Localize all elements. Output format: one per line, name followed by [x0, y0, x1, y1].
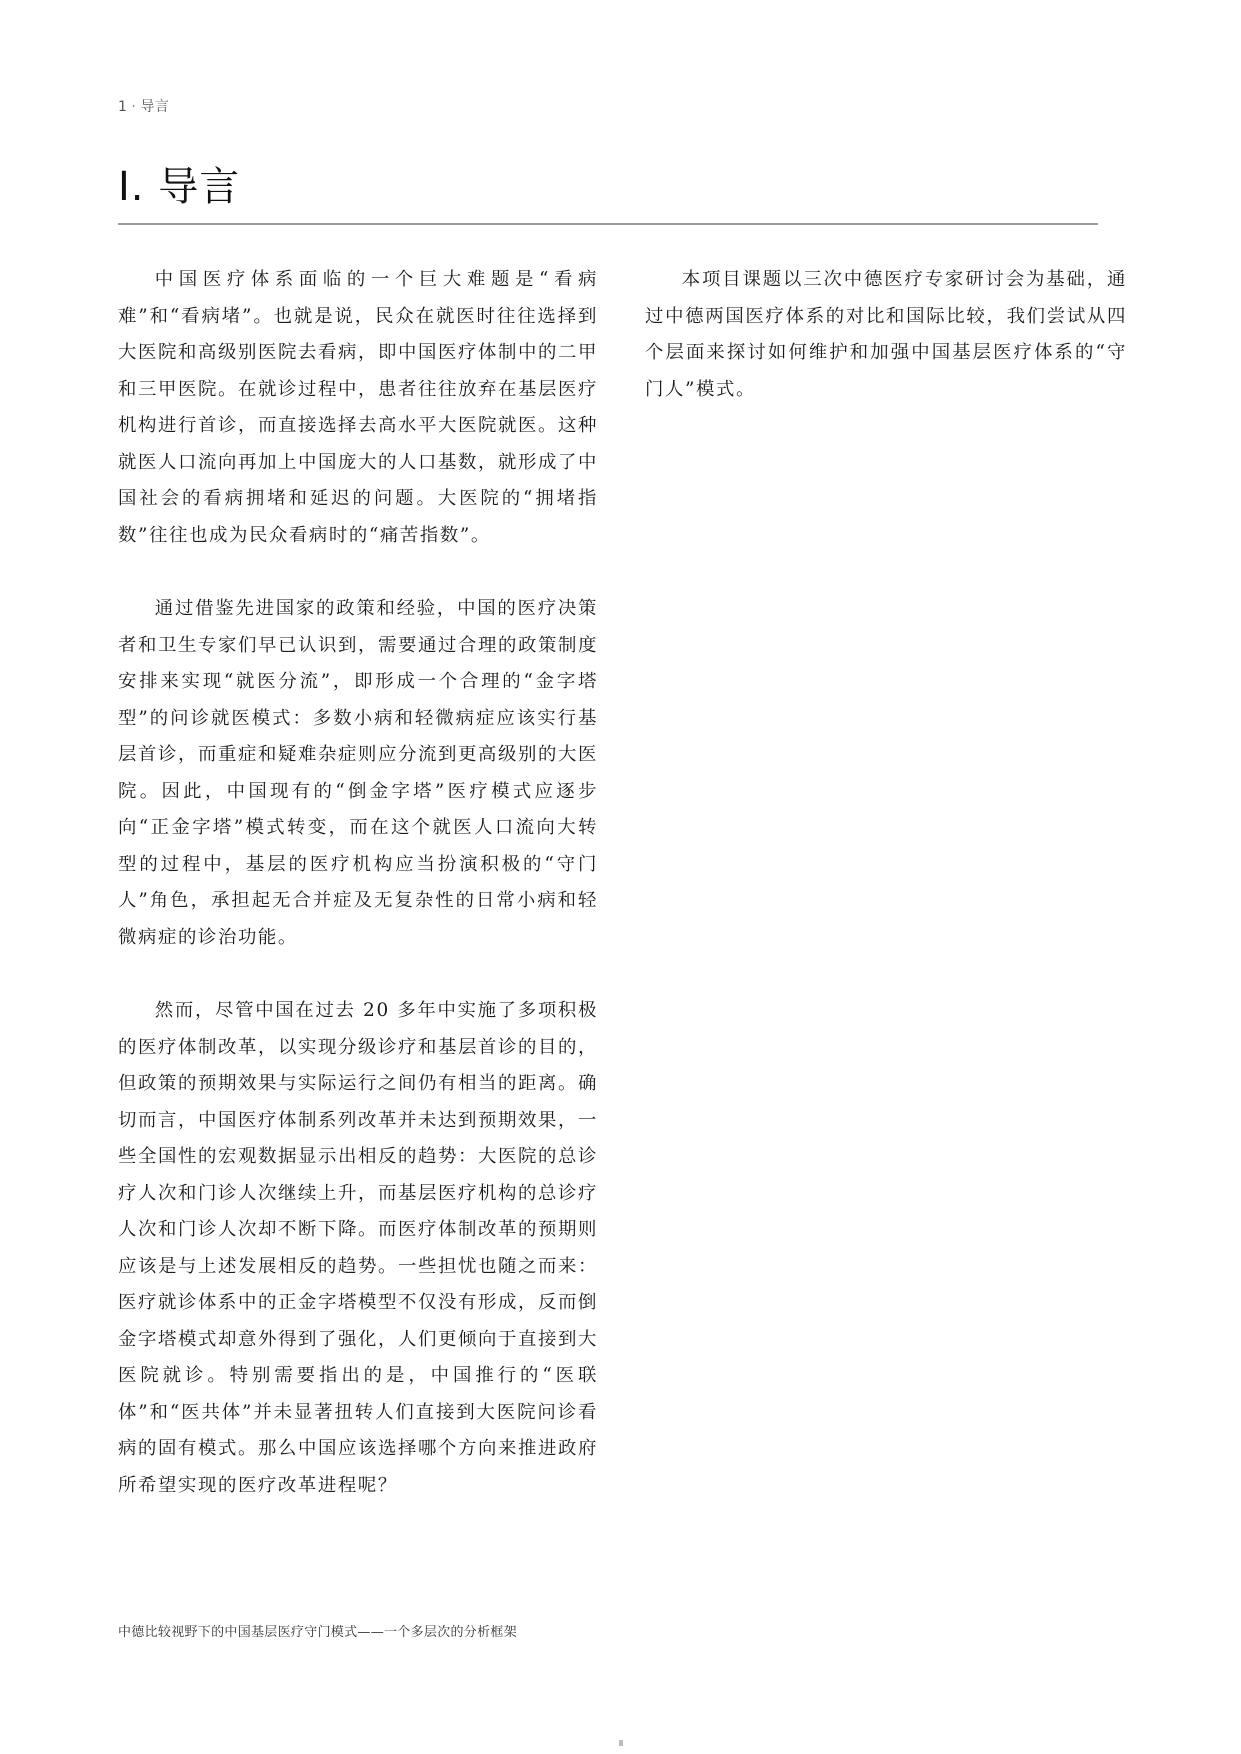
running-header: 1·导言: [118, 96, 169, 116]
page-marker: [619, 1740, 623, 1746]
running-header-section-name: 导言: [140, 99, 169, 115]
right-column: 本项目课题以三次中德医疗专家研讨会为基础，通过中德两国医疗体系的对比和国际比较，…: [645, 262, 1127, 445]
paragraph: 中国医疗体系面临的一个巨大难题是“看病难”和“看病堵”。也就是说，民众在就医时往…: [118, 262, 598, 554]
section-title: I. 导言: [118, 162, 240, 212]
paragraph: 通过借鉴先进国家的政策和经验，中国的医疗决策者和卫生专家们早已认识到，需要通过合…: [118, 591, 598, 956]
left-column: 中国医疗体系面临的一个巨大难题是“看病难”和“看病堵”。也就是说，民众在就医时往…: [118, 262, 598, 1541]
title-divider: [118, 223, 1098, 225]
paragraph: 然而，尽管中国在过去 20 多年中实施了多项积极的医疗体制改革，以实现分级诊疗和…: [118, 993, 598, 1504]
running-header-section-number: 1: [118, 99, 127, 115]
running-header-separator: ·: [131, 99, 136, 115]
paragraph: 本项目课题以三次中德医疗专家研讨会为基础，通过中德两国医疗体系的对比和国际比较，…: [645, 262, 1127, 408]
footer-publication-title: 中德比较视野下的中国基层医疗守门模式——一个多层次的分析框架: [118, 1621, 517, 1640]
